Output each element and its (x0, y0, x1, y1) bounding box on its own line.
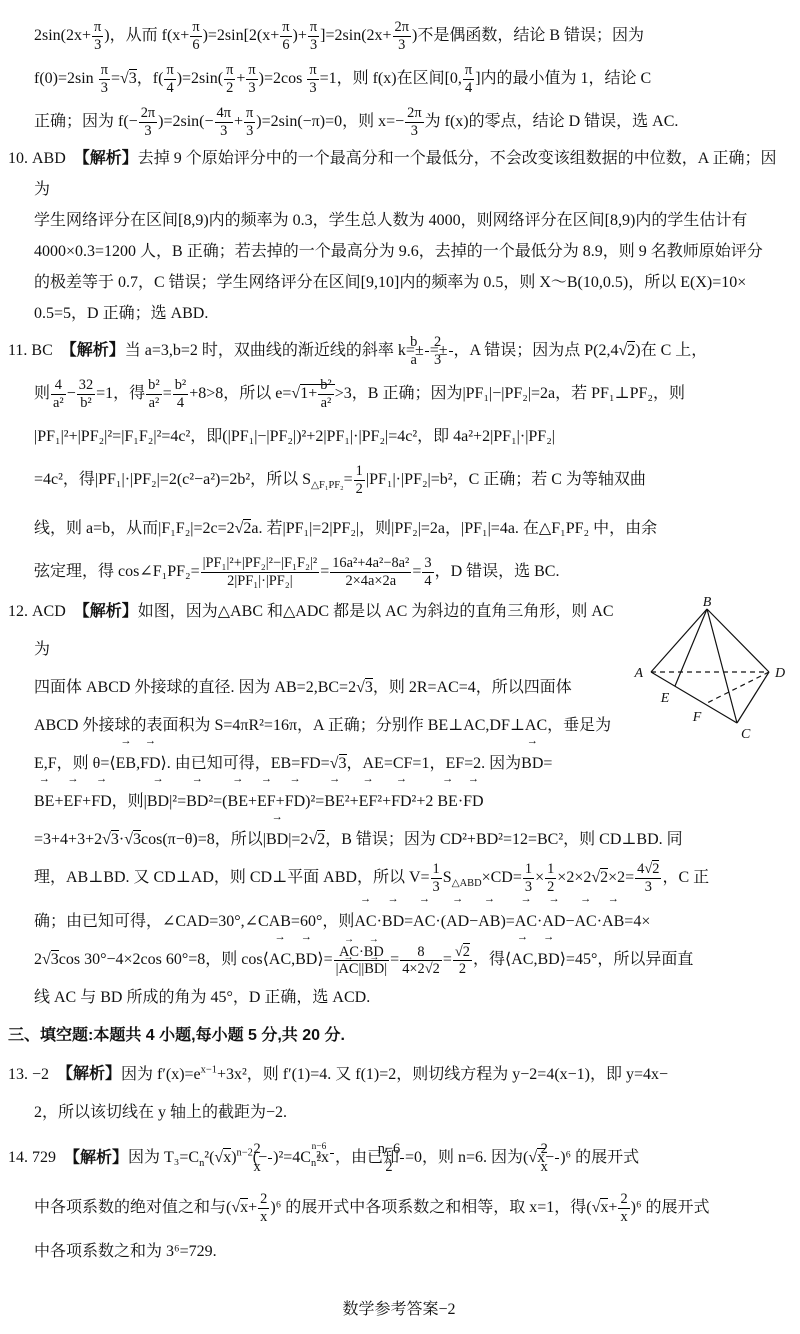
question-10-solution: 10.ABD【解析】去掉 9 个原始评分中的一个最高分和一个最低分，不会改变该组… (8, 143, 790, 329)
analysis-label: 【解析】 (74, 150, 138, 167)
solution-text: 当 a=3,b=2 时，双曲线的渐近线的斜率 k=±ba=±23，A 错误；因为… (125, 342, 707, 359)
vertex-label-A: A (633, 666, 643, 681)
answer-letters: ACD (32, 603, 66, 620)
math-line: 中各项系数的绝对值之和与(x+2x)⁶ 的展开式中各项系数之和相等，取 x=1，… (34, 1186, 790, 1230)
question-12-solution: B A D C E F 12.ACD【解析】如图，因为△ABC 和△ADC 都是… (8, 593, 790, 1017)
question-9-continuation: 2sin(2x+π3)，从而 f(x+π6)=2sin[2(x+π6)+π3]=… (8, 14, 790, 143)
answer-sheet-page: 2sin(2x+π3)，从而 f(x+π6)=2sin[2(x+π6)+π3]=… (0, 0, 800, 1334)
solution-text: 因为 T₃=Cn²(x)n−2(−2x)²=4Cn²xn−62，由已知n−62=… (128, 1149, 639, 1166)
math-line: =4c²，得|PF₁|·|PF₂|=2(c²−a²)=2b²，所以 S△F₁PF… (34, 458, 790, 507)
page-footer: 数学参考答案−2 (8, 1300, 790, 1334)
math-line: 11.BC【解析】当 a=3,b=2 时，双曲线的渐近线的斜率 k=±ba=±2… (34, 329, 790, 372)
math-line: BE+EF+FD，则|BD|²=BD²=(BE+EF+FD)²=BE²+EF²+… (34, 783, 790, 821)
math-line: 的极差等于 0.7，C 错误；学生网络评分在区间[9,10]内的频率为 0.5，… (34, 267, 790, 298)
answer-letters: ABD (32, 150, 66, 167)
math-line: 线，则 a=b，从而|F₁F₂|=2c=22a. 若|PF₁|=2|PF₂|，则… (34, 507, 790, 550)
vertex-label-D: D (774, 666, 785, 681)
question-13-solution: 13.−2【解析】因为 f′(x)=ex−1+3x²，则 f′(1)=4. 又 … (8, 1051, 790, 1131)
math-line: 确；由已知可得，∠CAD=30°,∠CAB=60°，则AC·BD=AC·(AD−… (34, 903, 790, 941)
math-line: 13.−2【解析】因为 f′(x)=ex−1+3x²，则 f′(1)=4. 又 … (34, 1051, 790, 1093)
vertex-label-B: B (703, 595, 712, 610)
math-line: f(0)=2sin π3=3，f(π4)=2sin(π2+π3)=2cos π3… (34, 57, 790, 100)
math-line: 2，所以该切线在 y 轴上的截距为−2. (34, 1094, 790, 1132)
math-line: 弦定理，得 cos∠F₁PF₂=|PF₁|²+|PF₂|²−|F₁F₂|²2|P… (34, 550, 790, 593)
tetrahedron-svg: B A D C E F (625, 595, 790, 747)
vertex-label-C: C (741, 727, 751, 742)
math-line: E,F，则 θ=⟨EB,FD⟩. 由已知可得，EB=FD=3，AE=CF=1，E… (34, 745, 790, 783)
math-line: 10.ABD【解析】去掉 9 个原始评分中的一个最高分和一个最低分，不会改变该组… (34, 143, 790, 205)
answer-letters: BC (31, 342, 52, 359)
analysis-label: 【解析】 (64, 1149, 128, 1166)
math-line: 正确；因为 f(−2π3)=2sin(−4π3+π3)=2sin(−π)=0，则… (34, 100, 790, 143)
question-number: 14. (8, 1149, 28, 1166)
math-line: 理，AB⊥BD. 又 CD⊥AD，则 CD⊥平面 ABD，所以 V=13S△AB… (34, 859, 790, 903)
question-11-solution: 11.BC【解析】当 a=3,b=2 时，双曲线的渐近线的斜率 k=±ba=±2… (8, 329, 790, 593)
question-number: 11. (8, 342, 27, 359)
vertex-label-F: F (692, 710, 702, 725)
question-number: 13. (8, 1066, 28, 1083)
math-line: =3+4+3+23·3cos(π−θ)=8，所以|BD|=22，B 错误；因为 … (34, 821, 790, 859)
analysis-label: 【解析】 (61, 342, 125, 359)
math-line: 4000×0.3=1200 人，B 正确；若去掉的一个最高分为 9.6，去掉的一… (34, 236, 790, 267)
math-line: 中各项系数之和为 3⁶=729. (34, 1230, 790, 1274)
math-line: 学生网络评分在区间[8,9)内的频率为 0.3，学生总人数为 4000，则网络评… (34, 205, 790, 236)
answer-value: 729 (32, 1149, 56, 1166)
question-number: 12. (8, 603, 28, 620)
math-line: 2sin(2x+π3)，从而 f(x+π6)=2sin[2(x+π6)+π3]=… (34, 14, 790, 57)
analysis-label: 【解析】 (74, 603, 138, 620)
question-14-solution: 14.729【解析】因为 T₃=Cn²(x)n−2(−2x)²=4Cn²xn−6… (8, 1132, 790, 1275)
math-line: 则4a²−32b²=1，得b²a²=b²4+8>8，所以 e=1+b²a²>3，… (34, 372, 790, 415)
math-line: 0.5=5，D 正确；选 ABD. (34, 298, 790, 329)
math-line: 线 AC 与 BD 所成的角为 45°，D 正确，选 ACD. (34, 979, 790, 1017)
math-line: 14.729【解析】因为 T₃=Cn²(x)n−2(−2x)²=4Cn²xn−6… (34, 1132, 790, 1187)
math-line: 23cos 30°−4×2cos 60°=8，则 cos⟨AC,BD⟩=AC·B… (34, 941, 790, 979)
analysis-label: 【解析】 (57, 1066, 121, 1083)
math-line: |PF₁|²+|PF₂|²=|F₁F₂|²=4c²，即(|PF₁|−|PF₂|)… (34, 415, 790, 458)
solution-text: 去掉 9 个原始评分中的一个最高分和一个最低分，不会改变该组数据的中位数，A 正… (34, 150, 776, 198)
vertex-label-E: E (660, 691, 670, 706)
section-3-heading: 三、填空题:本题共 4 小题,每小题 5 分,共 20 分. (8, 1021, 790, 1051)
tetrahedron-figure: B A D C E F (625, 595, 790, 747)
solution-text: 因为 f′(x)=ex−1+3x²，则 f′(1)=4. 又 f(1)=2，则切… (121, 1066, 668, 1083)
question-number: 10. (8, 150, 28, 167)
answer-value: −2 (32, 1066, 49, 1083)
